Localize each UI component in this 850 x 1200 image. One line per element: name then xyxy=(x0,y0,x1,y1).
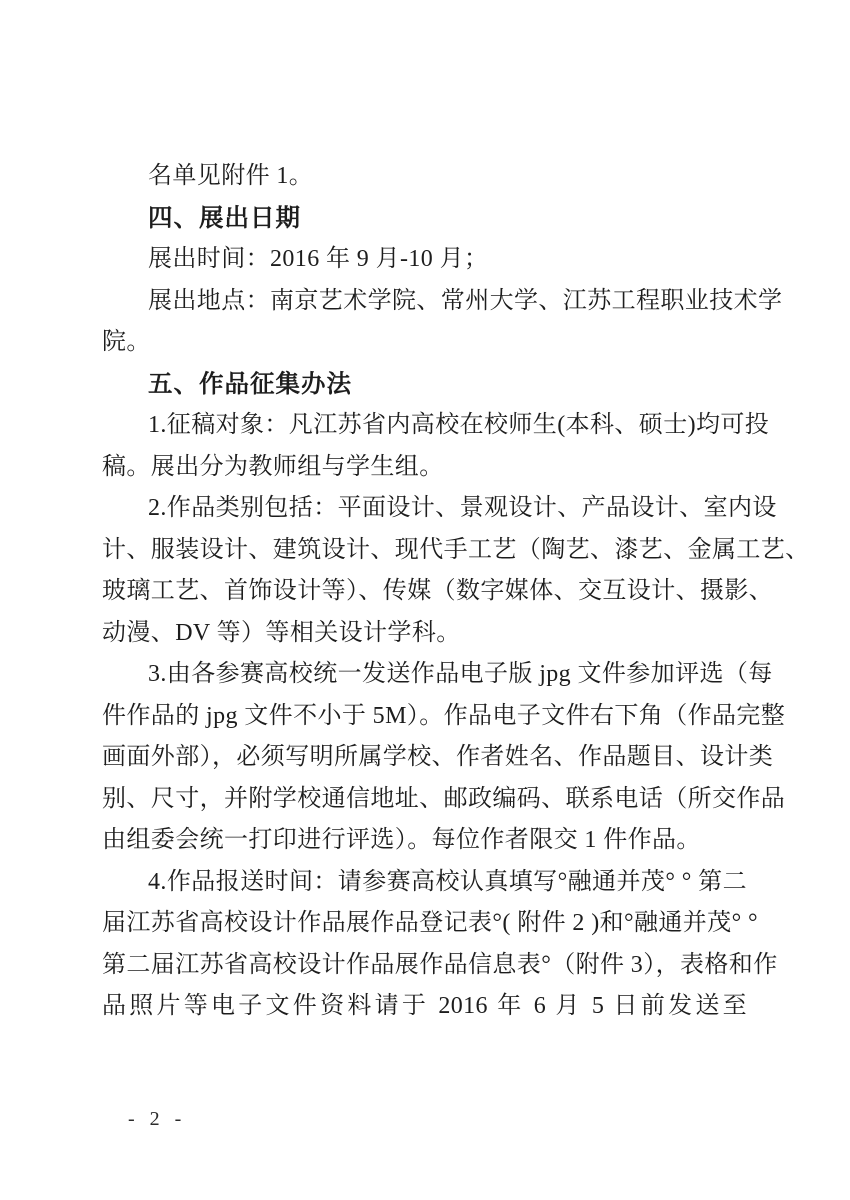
heading-line: 五、作品征集办法 xyxy=(102,364,747,406)
section-heading: 四、展出日期 xyxy=(102,198,747,240)
text-line: 院。 xyxy=(102,322,747,364)
text-line: 3.由各参赛高校统一发送作品电子版 jpg 文件参加评选（每 xyxy=(102,654,747,696)
text-line: 展出时间：2016 年 9 月-10 月； xyxy=(102,239,747,281)
document-page: 名单见附件 1。四、展出日期展出时间：2016 年 9 月-10 月；展出地点：… xyxy=(0,0,850,1200)
paragraph: 2.作品类别包括：平面设计、景观设计、产品设计、室内设计、服装设计、建筑设计、现… xyxy=(102,488,747,654)
text-line: 由组委会统一打印进行评选）。每位作者限交 1 件作品。 xyxy=(102,820,747,862)
paragraph: 名单见附件 1。 xyxy=(102,156,747,198)
paragraph: 展出地点：南京艺术学院、常州大学、江苏工程职业技术学院。 xyxy=(102,281,747,364)
text-line: 玻璃工艺、首饰设计等）、传媒（数字媒体、交互设计、摄影、 xyxy=(102,571,747,613)
text-line: 稿。展出分为教师组与学生组。 xyxy=(102,447,747,489)
text-line: 4.作品报送时间：请参赛高校认真填写°融通并茂° ° 第二 xyxy=(102,862,747,904)
section-heading: 五、作品征集办法 xyxy=(102,364,747,406)
paragraph: 3.由各参赛高校统一发送作品电子版 jpg 文件参加评选（每件作品的 jpg 文… xyxy=(102,654,747,862)
text-line: 1.征稿对象：凡江苏省内高校在校师生(本科、硕士)均可投 xyxy=(102,405,747,447)
text-line: 品照片等电子文件资料请于 2016 年 6 月 5 日前发送至 xyxy=(102,986,747,1028)
text-line: 画面外部），必须写明所属学校、作者姓名、作品题目、设计类 xyxy=(102,737,747,779)
text-line: 名单见附件 1。 xyxy=(102,156,747,198)
text-line: 动漫、DV 等）等相关设计学科。 xyxy=(102,613,747,655)
page-number: - 2 - xyxy=(128,1108,186,1131)
paragraph: 1.征稿对象：凡江苏省内高校在校师生(本科、硕士)均可投稿。展出分为教师组与学生… xyxy=(102,405,747,488)
text-line: 第二届江苏省高校设计作品展作品信息表°（附件 3），表格和作 xyxy=(102,945,747,987)
paragraph: 展出时间：2016 年 9 月-10 月； xyxy=(102,239,747,281)
text-line: 展出地点：南京艺术学院、常州大学、江苏工程职业技术学 xyxy=(102,281,747,323)
text-line: 届江苏省高校设计作品展作品登记表°( 附件 2 )和°融通并茂° ° xyxy=(102,903,747,945)
text-line: 2.作品类别包括：平面设计、景观设计、产品设计、室内设 xyxy=(102,488,747,530)
text-line: 件作品的 jpg 文件不小于 5M）。作品电子文件右下角（作品完整 xyxy=(102,696,747,738)
text-line: 别、尺寸，并附学校通信地址、邮政编码、联系电话（所交作品 xyxy=(102,779,747,821)
text-line: 计、服装设计、建筑设计、现代手工艺（陶艺、漆艺、金属工艺、 xyxy=(102,530,747,572)
heading-line: 四、展出日期 xyxy=(102,198,747,240)
paragraph: 4.作品报送时间：请参赛高校认真填写°融通并茂° ° 第二届江苏省高校设计作品展… xyxy=(102,862,747,1028)
document-body: 名单见附件 1。四、展出日期展出时间：2016 年 9 月-10 月；展出地点：… xyxy=(102,156,747,1028)
